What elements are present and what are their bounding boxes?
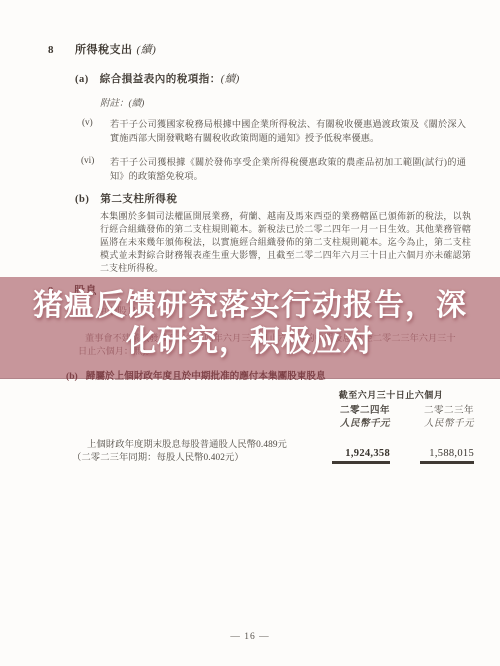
section-8-title: 所得稅支出 bbox=[75, 44, 133, 56]
table-unit-2024: 人民幣千元 bbox=[300, 415, 390, 429]
notes-label: 附註： bbox=[100, 99, 129, 109]
section-8-number: 8 bbox=[48, 44, 54, 56]
section-9b-heading: (b)歸屬於上個財政年度且於中期批准的應付本集團股東股息 bbox=[66, 368, 326, 382]
total-rule-2024 bbox=[332, 461, 390, 464]
note-v-label: (v) bbox=[82, 117, 93, 127]
section-9b-label: (b) bbox=[66, 371, 78, 382]
notes-heading: 附註：(續) bbox=[100, 95, 144, 109]
dividend-value-2023: 1,588,015 bbox=[384, 448, 474, 459]
note-vi-label: (vi) bbox=[81, 155, 94, 165]
total-rule-2023 bbox=[420, 461, 474, 464]
section-8a-continued-marker: (續) bbox=[221, 74, 240, 85]
section-8a-heading: (a)綜合損益表內的稅項指：(續) bbox=[75, 71, 240, 86]
section-8a-label: (a) bbox=[75, 74, 89, 85]
scanned-report-page: 8所得稅支出(續) (a)綜合損益表內的稅項指：(續) 附註：(續) (v) 若… bbox=[0, 0, 500, 666]
dividend-row-label-line1: 上個財政年度期末股息每股普通股人民幣0.489元 bbox=[87, 436, 287, 450]
watermark-band: 9股息 (a)中期股息 董事會不建議派發截至二零二四年六月三十日止六個月的中期股… bbox=[0, 277, 500, 379]
section-8b-title: 第二支柱所得稅 bbox=[100, 194, 177, 205]
page-number: — 16 — bbox=[0, 632, 500, 642]
dividend-row-label-line2: （二零二三年同期：每股人民幣0.402元） bbox=[72, 449, 244, 463]
section-8-heading: 8所得稅支出(續) bbox=[48, 41, 156, 57]
watermark-headline-line1: 猪瘟反馈研究落实行动报告，深 bbox=[0, 288, 500, 324]
dividend-value-2024: 1,924,358 bbox=[300, 448, 390, 459]
table-period-header: 截至六月三十日止六個月 bbox=[331, 388, 451, 401]
table-year-2023: 二零二三年 bbox=[384, 402, 474, 416]
note-v-text: 若干子公司獲國家稅務局根據中國企業所得稅法、有關稅收優惠過渡政策及《關於深入實施… bbox=[110, 117, 466, 145]
note-vi-text: 若干子公司獲根據《關於發佈享受企業所得稅優惠政策的農產品初加工範圍(試行)的通知… bbox=[110, 155, 466, 183]
section-8-continued-marker: (續) bbox=[137, 44, 157, 56]
section-8b-paragraph: 本集團於多個司法權區開展業務，荷蘭、越南及馬來西亞的業務轄區已頒佈新的稅法，以執… bbox=[100, 210, 471, 275]
notes-continued-marker: (續) bbox=[129, 99, 145, 109]
table-year-2024: 二零二四年 bbox=[300, 402, 390, 416]
section-8b-heading: (b)第二支柱所得稅 bbox=[75, 191, 177, 206]
table-unit-2023: 人民幣千元 bbox=[384, 415, 474, 429]
section-9b-title: 歸屬於上個財政年度且於中期批准的應付本集團股東股息 bbox=[86, 371, 326, 382]
watermark-headline-line2: 化研究，积极应对 bbox=[0, 324, 500, 360]
section-8a-title: 綜合損益表內的稅項指： bbox=[100, 74, 221, 85]
section-8b-label: (b) bbox=[75, 194, 89, 205]
